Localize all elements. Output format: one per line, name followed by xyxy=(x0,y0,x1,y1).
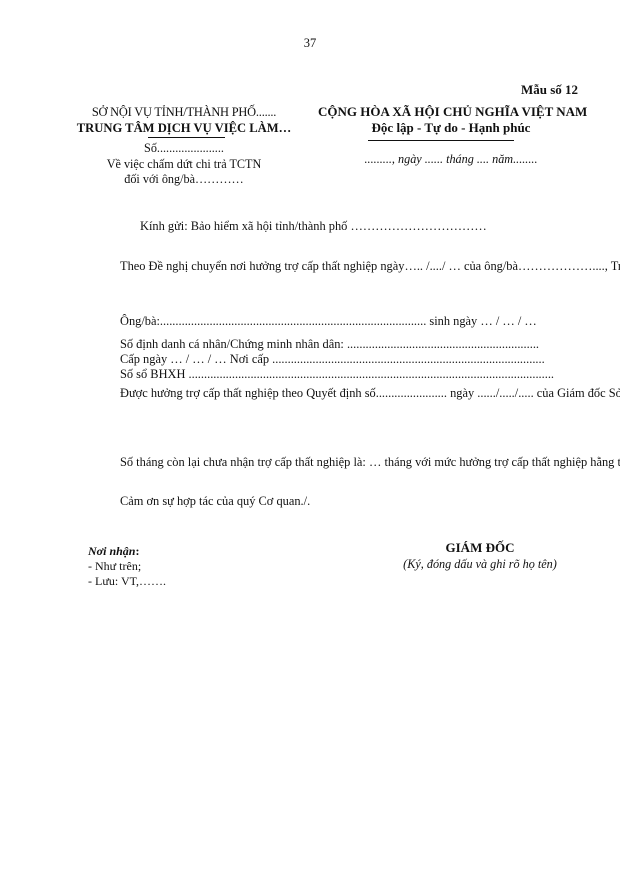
signature-note: (Ký, đóng dấu và ghi rõ họ tên) xyxy=(380,556,580,572)
recipient-item: - Như trên; xyxy=(88,559,166,574)
paragraph-thanks: Cảm ơn sự hợp tác của quý Cơ quan./. xyxy=(88,494,585,510)
recipients-block: Nơi nhận: - Như trên; - Lưu: VT,……. xyxy=(88,544,166,589)
addressee: Kính gửi: Bảo hiểm xã hội tỉnh/thành phố… xyxy=(140,219,487,234)
paragraph-request: Theo Đề nghị chuyển nơi hưởng trợ cấp th… xyxy=(88,259,585,275)
national-motto: Độc lập - Tự do - Hạnh phúc xyxy=(318,120,584,136)
field-person: Ông/bà:.................................… xyxy=(88,314,585,330)
signer-role: GIÁM ĐỐC xyxy=(380,540,580,556)
field-group-id: Số định danh cá nhân/Chứng minh nhân dân… xyxy=(88,337,585,383)
field-issue-date-place: Cấp ngày … / … / … Nơi cấp .............… xyxy=(88,352,585,367)
recipients-title: Nơi nhận xyxy=(88,544,135,558)
subject-line-2: đối với ông/bà………… xyxy=(66,172,302,188)
document-reference: Số...................... Về việc chấm dứ… xyxy=(66,141,302,188)
body-paragraph-3: Số tháng còn lại chưa nhận trợ cấp thất … xyxy=(88,455,585,471)
recipient-item: - Lưu: VT,……. xyxy=(88,574,166,589)
field-social-insurance-number: Số sổ BHXH .............................… xyxy=(88,367,585,382)
field-name-birthdate: Ông/bà:.................................… xyxy=(88,314,585,330)
recipients-title-colon: : xyxy=(135,544,139,558)
document-number: Số...................... xyxy=(66,141,302,157)
field-id-number: Số định danh cá nhân/Chứng minh nhân dân… xyxy=(88,337,585,352)
paragraph-decision: Được hưởng trợ cấp thất nghiệp theo Quyế… xyxy=(88,386,585,402)
body-paragraph-1: Theo Đề nghị chuyển nơi hưởng trợ cấp th… xyxy=(88,259,585,275)
date-line: ........., ngày ...... tháng .... năm...… xyxy=(318,152,584,167)
signature-block: GIÁM ĐỐC (Ký, đóng dấu và ghi rõ họ tên) xyxy=(380,540,580,572)
form-number: Mẫu số 12 xyxy=(521,82,578,98)
header-underline-left xyxy=(148,137,225,138)
body-paragraph-4: Cảm ơn sự hợp tác của quý Cơ quan./. xyxy=(88,494,585,510)
paragraph-remaining-months: Số tháng còn lại chưa nhận trợ cấp thất … xyxy=(88,455,585,471)
subject-line-1: Về việc chấm dứt chi trả TCTN xyxy=(66,157,302,173)
center-name: TRUNG TÂM DỊCH VỤ VIỆC LÀM… xyxy=(66,120,302,136)
page-number: 37 xyxy=(0,36,620,51)
issuing-organization: SỞ NỘI VỤ TỈNH/THÀNH PHỐ....... TRUNG TÂ… xyxy=(66,104,302,136)
national-header: CỘNG HÒA XÃ HỘI CHỦ NGHĨA VIỆT NAM Độc l… xyxy=(318,104,584,136)
header-underline-right xyxy=(368,140,514,141)
department-name: SỞ NỘI VỤ TỈNH/THÀNH PHỐ....... xyxy=(66,104,302,120)
nation-name: CỘNG HÒA XÃ HỘI CHỦ NGHĨA VIỆT NAM xyxy=(318,104,584,120)
body-paragraph-2: Được hưởng trợ cấp thất nghiệp theo Quyế… xyxy=(88,386,585,402)
